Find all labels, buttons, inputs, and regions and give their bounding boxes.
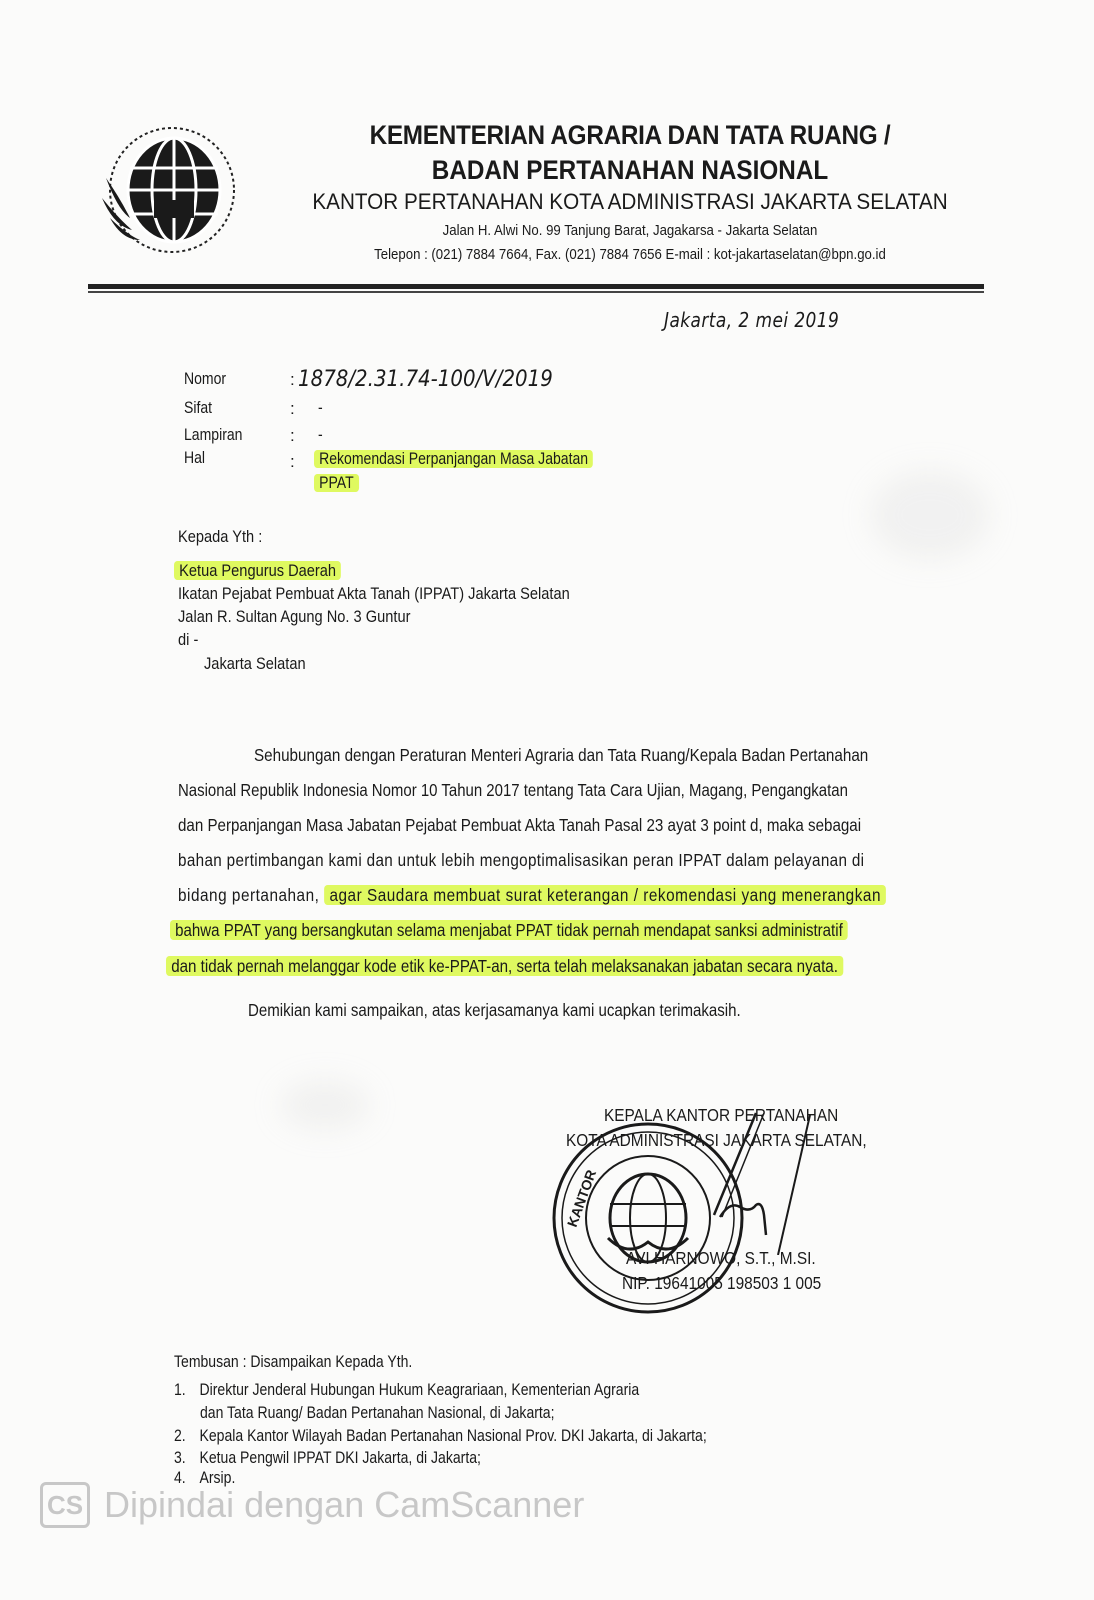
body-line: Nasional Republik Indonesia Nomor 10 Tah… xyxy=(178,780,802,801)
body-highlight: agar Saudara membuat surat keterangan / … xyxy=(324,885,886,905)
hal-colon: : xyxy=(290,452,295,472)
signatory-name: AVI HARNOWO, S.T., M.SI. xyxy=(626,1248,816,1269)
letterhead-divider-thin xyxy=(88,291,984,293)
bpn-globe-logo-icon xyxy=(100,118,240,268)
recipient-org: Ikatan Pejabat Pembuat Akta Tanah (IPPAT… xyxy=(178,584,570,604)
letterhead-contact: Telepon : (021) 7884 7664, Fax. (021) 78… xyxy=(313,246,947,263)
scan-smudge xyxy=(870,470,990,560)
body-line: bidang pertanahan, agar Saudara membuat … xyxy=(178,885,817,906)
lampiran-colon: : xyxy=(290,426,295,446)
body-line: dan tidak pernah melanggar kode etik ke-… xyxy=(166,956,797,977)
recipient-street: Jalan R. Sultan Agung No. 3 Guntur xyxy=(178,607,410,627)
hal-value-line2: PPAT xyxy=(314,474,359,493)
svg-text:KANTOR: KANTOR xyxy=(564,1168,599,1230)
letterhead-ministry-line2: BADAN PERTANAHAN NASIONAL xyxy=(306,155,954,186)
body-highlight: bahwa PPAT yang bersangkutan selama menj… xyxy=(170,920,848,940)
camscanner-logo-icon: CS xyxy=(40,1482,90,1528)
sifat-colon: : xyxy=(290,399,295,419)
camscanner-watermark: CS Dipindai dengan CamScanner xyxy=(40,1482,584,1528)
signatory-nip: NIP. 19641005 198503 1 005 xyxy=(622,1273,821,1294)
letterhead-ministry-line1: KEMENTERIAN AGRARIA DAN TATA RUANG / xyxy=(306,120,954,151)
signatory-title-line2: KOTA ADMINISTRASI JAKARTA SELATAN, xyxy=(566,1130,867,1151)
sifat-label: Sifat xyxy=(184,399,212,418)
nomor-colon: : xyxy=(290,370,295,390)
letterhead-office: KANTOR PERTANAHAN KOTA ADMINISTRASI JAKA… xyxy=(299,189,961,215)
nomor-value: 1878/2.31.74-100/V/2019 xyxy=(298,367,553,392)
hal-highlight: PPAT xyxy=(314,474,359,492)
letter-date: Jakarta, 2 mei 2019 xyxy=(664,308,839,332)
lampiran-label: Lampiran xyxy=(184,426,242,445)
recipient-highlight: Ketua Pengurus Daerah xyxy=(174,561,341,580)
body-line: dan Perpanjangan Masa Jabatan Pejabat Pe… xyxy=(178,815,809,836)
signatory-title-line1: KEPALA KANTOR PERTANAHAN xyxy=(604,1105,838,1126)
body-line5-plain: bidang pertanahan, xyxy=(178,885,324,905)
recipient-di: di - xyxy=(178,630,198,650)
scan-smudge xyxy=(280,1080,370,1130)
body-line: bahwa PPAT yang bersangkutan selama menj… xyxy=(170,920,798,941)
letterhead-address: Jalan H. Alwi No. 99 Tanjung Barat, Jaga… xyxy=(313,222,947,239)
hal-value-line1: Rekomendasi Perpanjangan Masa Jabatan xyxy=(314,450,593,469)
tembusan-item: 1.Direktur Jenderal Hubungan Hukum Keagr… xyxy=(174,1381,639,1400)
nomor-label: Nomor xyxy=(184,370,226,389)
body-line: Sehubungan dengan Peraturan Menteri Agra… xyxy=(254,745,889,766)
lampiran-value: - xyxy=(318,426,323,445)
body-highlight: dan tidak pernah melanggar kode etik ke-… xyxy=(166,956,843,976)
tembusan-heading: Tembusan : Disampaikan Kepada Yth. xyxy=(174,1353,412,1372)
hal-label: Hal xyxy=(184,449,205,468)
tembusan-item-cont: dan Tata Ruang/ Badan Pertanahan Nasiona… xyxy=(200,1404,555,1423)
letterhead-divider xyxy=(88,284,984,289)
body-closing: Demikian kami sampaikan, atas kerjasaman… xyxy=(248,1000,876,1021)
handwritten-signature-icon xyxy=(700,1105,820,1255)
recipient-city: Jakarta Selatan xyxy=(204,654,306,674)
watermark-text: Dipindai dengan CamScanner xyxy=(104,1484,584,1526)
body-line: bahan pertimbangan kami dan untuk lebih … xyxy=(178,850,813,871)
recipient-name: Ketua Pengurus Daerah xyxy=(174,561,341,581)
tembusan-item: 3.Ketua Pengwil IPPAT DKI Jakarta, di Ja… xyxy=(174,1449,481,1468)
hal-highlight: Rekomendasi Perpanjangan Masa Jabatan xyxy=(314,450,593,468)
sifat-value: - xyxy=(318,399,323,418)
tembusan-item: 2.Kepala Kantor Wilayah Badan Pertanahan… xyxy=(174,1427,707,1446)
recipient-salutation: Kepada Yth : xyxy=(178,527,262,547)
